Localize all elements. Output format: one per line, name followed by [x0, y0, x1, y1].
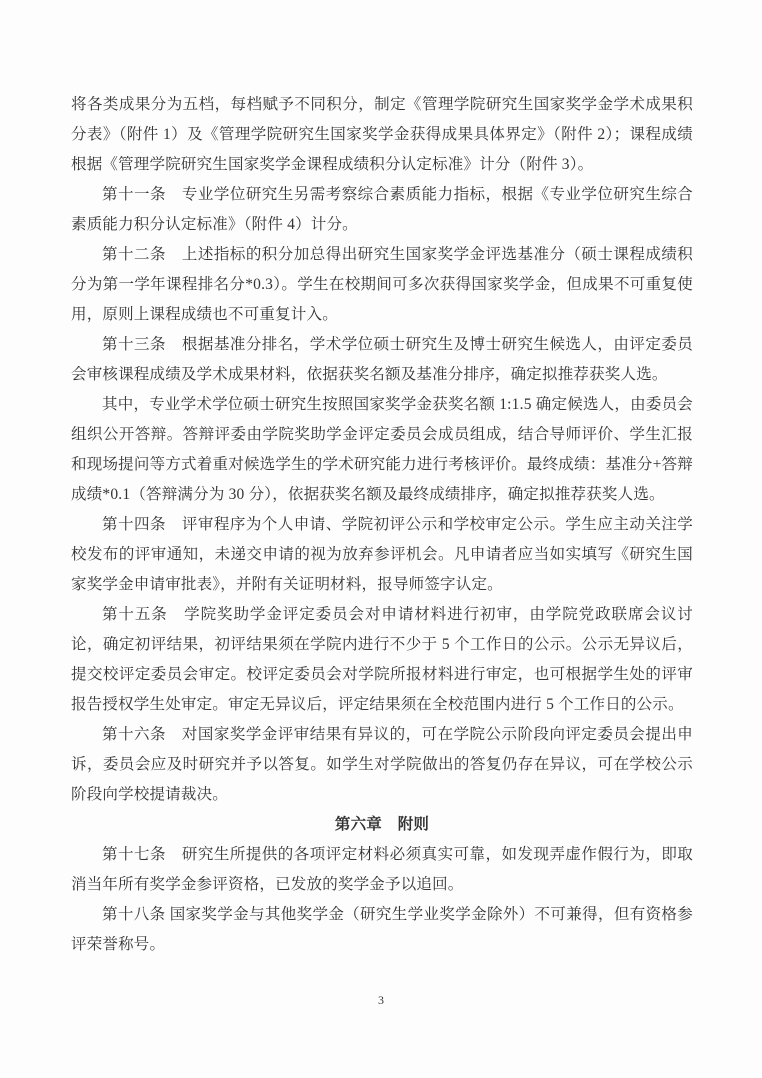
article-12-paragraph: 第十二条 上述指标的积分加总得出研究生国家奖学金评选基准分（硕士课程成绩积分为第… — [71, 240, 693, 330]
article-17-paragraph: 第十七条 研究生所提供的各项评定材料必须真实可靠，如发现弄虚作假行为，即取消当年… — [71, 840, 693, 900]
article-16-paragraph: 第十六条 对国家奖学金评审结果有异议的，可在学院公示阶段向评定委员会提出申诉，委… — [71, 720, 693, 810]
article-11-paragraph: 第十一条 专业学位研究生另需考察综合素质能力指标，根据《专业学位研究生综合素质能… — [71, 180, 693, 240]
page-number: 3 — [0, 993, 762, 1008]
paragraph-continuation: 将各类成果分为五档，每档赋予不同积分，制定《管理学院研究生国家奖学金学术成果积分… — [71, 90, 693, 180]
article-18-paragraph: 第十八条 国家奖学金与其他奖学金（研究生学业奖学金除外）不可兼得，但有资格参评荣… — [71, 900, 693, 960]
document-body: 将各类成果分为五档，每档赋予不同积分，制定《管理学院研究生国家奖学金学术成果积分… — [71, 90, 693, 960]
article-13-paragraph: 第十三条 根据基准分排名，学术学位硕士研究生及博士研究生候选人，由评定委员会审核… — [71, 330, 693, 390]
chapter-6-heading: 第六章 附则 — [71, 810, 693, 840]
document-page: 将各类成果分为五档，每档赋予不同积分，制定《管理学院研究生国家奖学金学术成果积分… — [0, 0, 762, 1078]
article-15-paragraph: 第十五条 学院奖助学金评定委员会对申请材料进行初审，由学院党政联席会议讨论，确定… — [71, 600, 693, 720]
article-14-paragraph: 第十四条 评审程序为个人申请、学院初评公示和学校审定公示。学生应主动关注学校发布… — [71, 510, 693, 600]
article-13-supplement-paragraph: 其中，专业学术学位硕士研究生按照国家奖学金获奖名额 1:1.5 确定候选人，由委… — [71, 390, 693, 510]
